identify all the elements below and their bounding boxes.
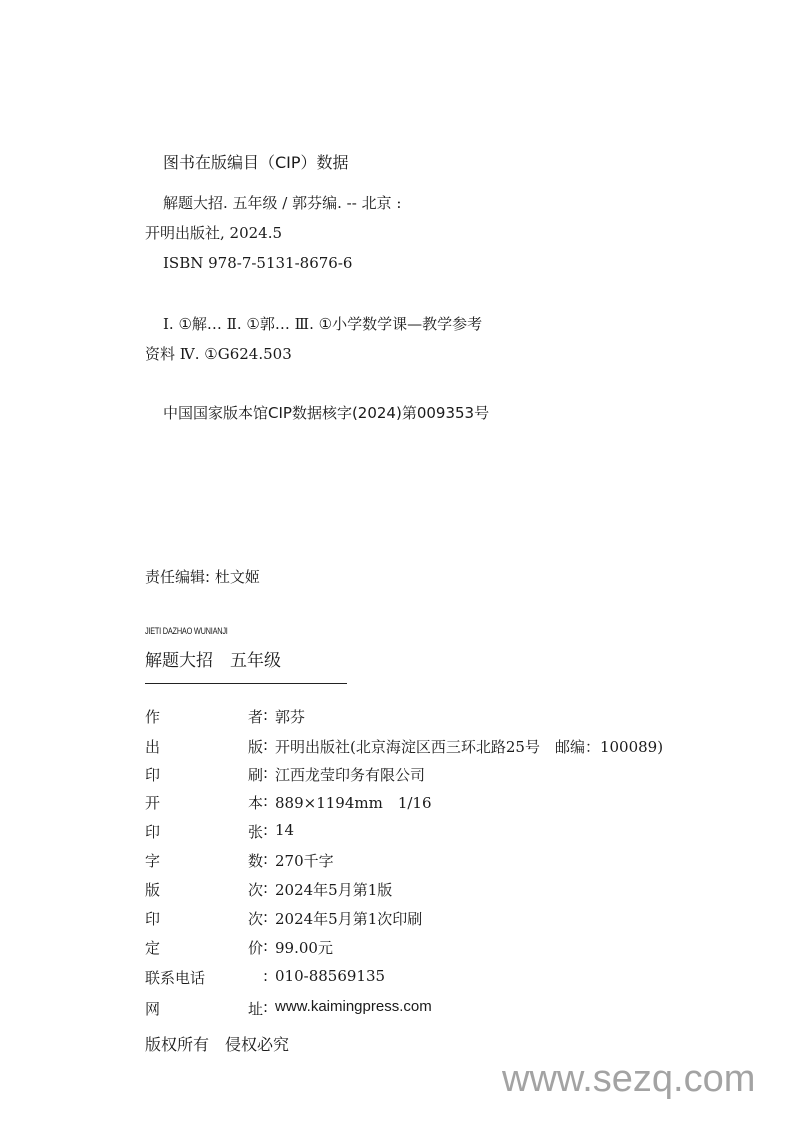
info-value: 270千字 (275, 850, 334, 871)
info-label: 印刷 (145, 764, 263, 785)
cip-verification: 中国国家版本馆CIP数据核字(2024)第009353号 (163, 402, 489, 423)
info-printer: 印刷 : 江西龙莹印务有限公司 (145, 764, 425, 785)
info-value: 2024年5月第1版 (275, 879, 392, 900)
cip-title: 图书在版编目（CIP）数据 (163, 150, 349, 173)
book-pinyin: JIETI DAZHAO WUNIANJI (145, 626, 228, 636)
classification-line-2: 资料 Ⅳ. ①G624.503 (145, 343, 292, 364)
info-label: 印次 (145, 908, 263, 929)
info-value: 郭芬 (275, 706, 305, 727)
responsible-editor: 责任编辑: 杜文姬 (145, 566, 260, 587)
copyright-notice: 版权所有 侵权必究 (145, 1032, 289, 1055)
info-value: 14 (275, 821, 294, 842)
website-link[interactable]: www.kaimingpress.com (275, 998, 432, 1019)
info-label: 印张 (145, 821, 263, 842)
info-value: 江西龙莹印务有限公司 (275, 764, 425, 785)
info-printing: 印次 : 2024年5月第1次印刷 (145, 908, 422, 929)
info-label: 作者 (145, 706, 263, 727)
info-website: 网址 : www.kaimingpress.com (145, 998, 432, 1019)
info-format: 开本 : 889×1194mm 1/16 (145, 792, 432, 813)
info-edition: 版次 : 2024年5月第1版 (145, 879, 392, 900)
info-label: 字数 (145, 850, 263, 871)
info-price: 定价 : 99.00元 (145, 937, 333, 958)
isbn: ISBN 978-7-5131-8676-6 (163, 254, 352, 272)
info-value: 99.00元 (275, 937, 333, 958)
info-label: 网址 (145, 998, 263, 1019)
info-label: 定价 (145, 937, 263, 958)
info-value: 889×1194mm 1/16 (275, 792, 432, 813)
info-value: 2024年5月第1次印刷 (275, 908, 422, 929)
info-phone: 联系电话 : 010-88569135 (145, 967, 385, 988)
info-label: 出版 (145, 736, 263, 757)
info-sheets: 印张 : 14 (145, 821, 294, 842)
info-value: 010-88569135 (275, 967, 385, 988)
info-word-count: 字数 : 270千字 (145, 850, 334, 871)
watermark: www.sezq.com (502, 1058, 755, 1101)
info-author: 作者 : 郭芬 (145, 706, 305, 727)
info-publisher: 出版 : 开明出版社(北京海淀区西三环北路25号 邮编：100089) (145, 736, 663, 757)
info-value: 开明出版社(北京海淀区西三环北路25号 邮编：100089) (275, 736, 663, 757)
classification-line-1: Ⅰ. ①解… Ⅱ. ①郭… Ⅲ. ①小学数学课—教学参考 (163, 313, 482, 334)
divider (145, 683, 347, 684)
book-title: 解题大招 五年级 (145, 646, 281, 671)
cip-line-1: 解题大招. 五年级 / 郭芬编. -- 北京 : (163, 192, 401, 213)
info-label: 联系电话 (145, 967, 263, 988)
info-label: 版次 (145, 879, 263, 900)
cip-line-2: 开明出版社, 2024.5 (145, 222, 282, 243)
info-label: 开本 (145, 792, 263, 813)
